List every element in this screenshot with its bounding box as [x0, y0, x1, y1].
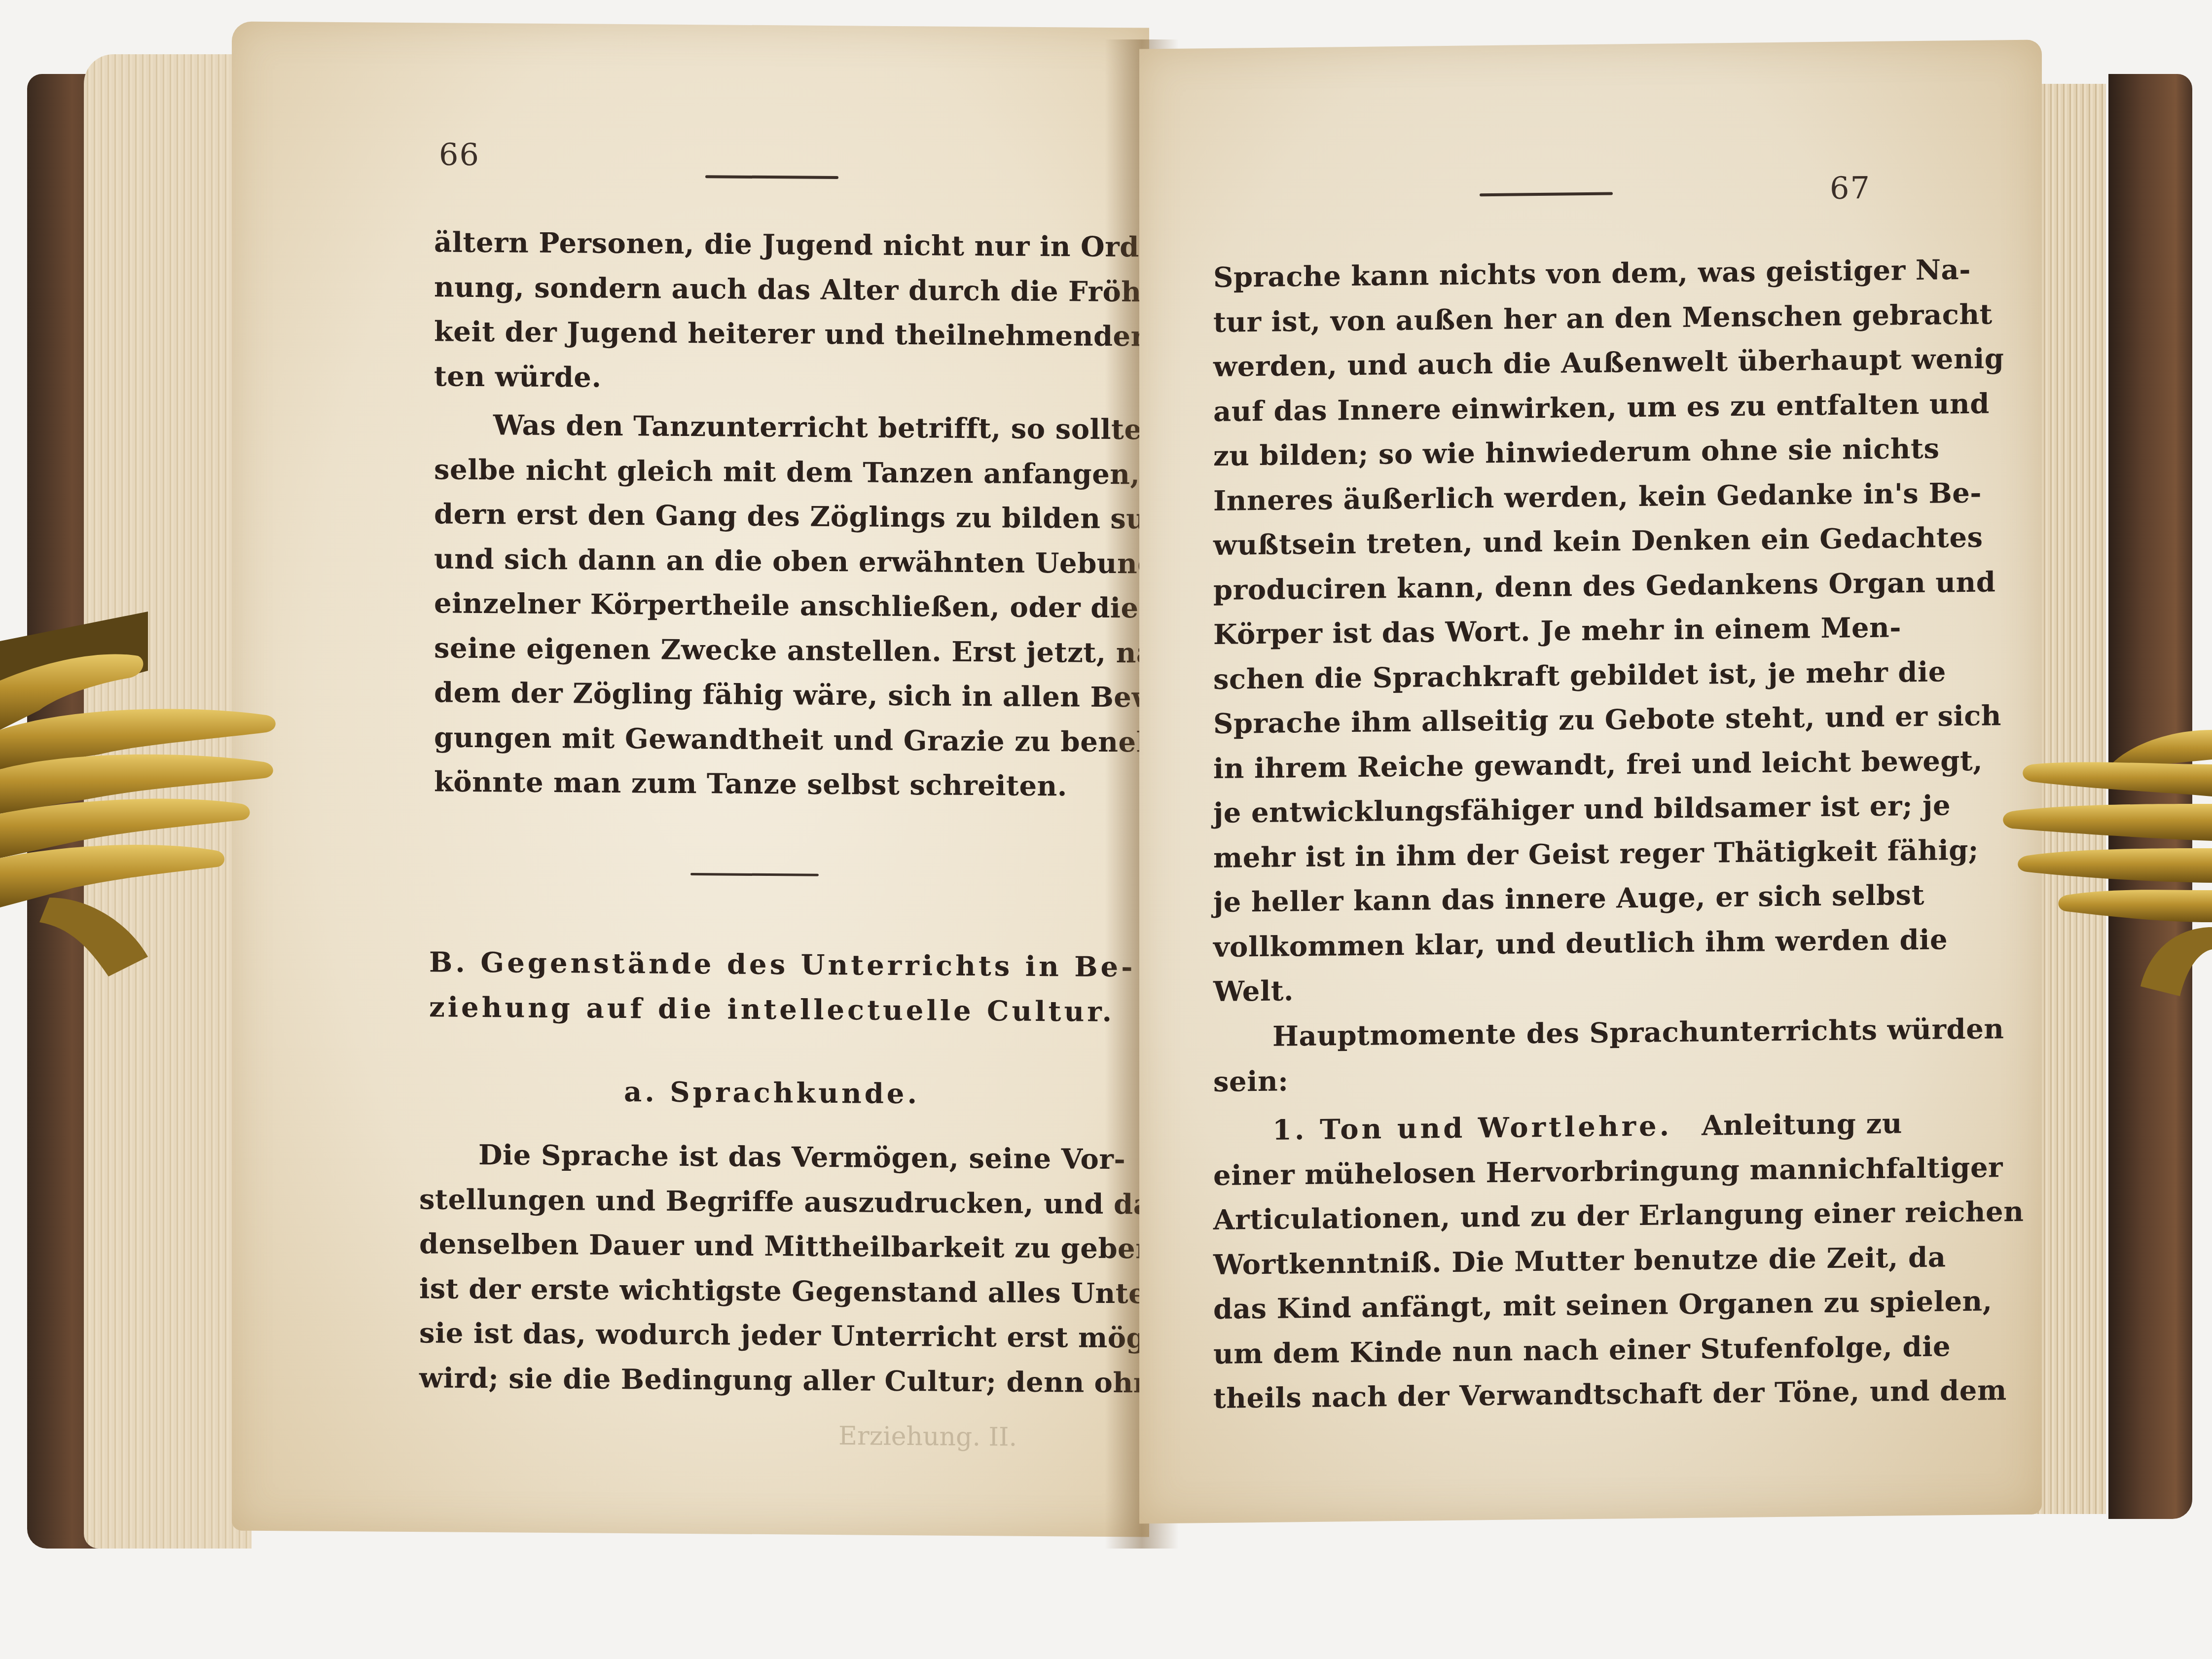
text-line: je entwicklungsfähiger und bildsamer ist…	[1213, 784, 1869, 835]
text-line: nung, sondern auch das Alter durch die F…	[434, 265, 1115, 314]
text-line: Welt.	[1213, 963, 1869, 1014]
brass-hand-clip-right-icon	[1993, 690, 2212, 1006]
text-line: je heller kann das innere Auge, er sich …	[1213, 873, 1869, 925]
text-line: Sprache kann nichts von dem, was geistig…	[1213, 249, 1869, 300]
text-line: Wortkenntniß. Die Mutter benutze die Zei…	[1213, 1236, 1869, 1287]
text-line: werden, und auch die Außenwelt überhaupt…	[1213, 338, 1869, 389]
page-number-right: 67	[1830, 170, 1871, 206]
header-rule-right	[1480, 192, 1613, 197]
text-line: einzelner Körpertheile anschließen, oder…	[434, 581, 1115, 630]
header-rule-left	[705, 175, 838, 179]
text-line: Articulationen, und zu der Erlangung ein…	[1213, 1191, 1869, 1242]
open-book: 66 ältern Personen, die Jugend nicht nur…	[0, 0, 2212, 1659]
text-line: einer mühelosen Hervorbringung mannichfa…	[1213, 1147, 1869, 1198]
heading-line: B. Gegenstände des Unterrichts in Be-	[429, 940, 1115, 989]
text-line: produciren kann, denn des Gedankens Orga…	[1213, 561, 1869, 613]
brass-hand-clip-left-icon	[0, 582, 286, 986]
text-line: keit der Jugend heiterer und theilnehmen…	[434, 309, 1115, 359]
text-line: denselben Dauer und Mittheilbarkeit zu g…	[419, 1222, 1110, 1271]
text-line: auf das Innere einwirken, um es zu entfa…	[1213, 383, 1869, 434]
text-line: seine eigenen Zwecke anstellen. Erst jet…	[434, 626, 1115, 675]
left-paragraph-1: ältern Personen, die Jugend nicht nur in…	[434, 220, 1115, 403]
text-line: ten würde.	[434, 354, 1115, 403]
text-line: in ihrem Reiche gewandt, frei und leicht…	[1213, 740, 1869, 791]
text-line: ältern Personen, die Jugend nicht nur in…	[434, 220, 1115, 269]
text-line: Was den Tanzunterricht betrifft, so soll…	[434, 402, 1115, 452]
text-line: schen die Sprachkraft gebildet ist, je m…	[1213, 650, 1869, 702]
text-line: mehr ist in ihm der Geist reger Thätigke…	[1213, 829, 1869, 880]
right-item-1: 1. Ton und Wortlehre. Anleitung zu einer…	[1213, 1102, 1869, 1421]
page-number-left: 66	[439, 136, 480, 173]
text-line: dem der Zögling fähig wäre, sich in alle…	[434, 670, 1115, 720]
right-paragraph-2: Hauptmomente des Sprachunterrichts würde…	[1213, 1008, 1869, 1104]
text-line: könnte man zum Tanze selbst schreiten.	[434, 759, 1115, 809]
section-heading-b: B. Gegenstände des Unterrichts in Be- zi…	[429, 940, 1115, 1034]
text-line: 1. Ton und Wortlehre. Anleitung zu	[1213, 1102, 1869, 1153]
text-line: ist der erste wichtigste Gegenstand alle…	[419, 1266, 1110, 1316]
text-line: um dem Kinde nun nach einer Stufenfolge,…	[1213, 1325, 1869, 1376]
text-line: tur ist, von außen her an den Menschen g…	[1213, 293, 1869, 345]
text-line: das Kind anfängt, mit seinen Organen zu …	[1213, 1280, 1869, 1332]
signature-mark: Erziehung. II.	[838, 1421, 1017, 1452]
text-line: und sich dann an die oben erwähnten Uebu…	[434, 537, 1115, 586]
text-line: Inneres äußerlich werden, kein Gedanke i…	[1213, 472, 1869, 523]
text-line: selbe nicht gleich mit dem Tanzen anfang…	[434, 447, 1115, 497]
text-line: Körper ist das Wort. Je mehr in einem Me…	[1213, 606, 1869, 657]
left-paragraph-3: Die Sprache ist das Vermögen, seine Vor-…	[419, 1132, 1110, 1405]
right-page: 67 Sprache kann nichts von dem, was geis…	[1139, 39, 2042, 1523]
text-line: wußtsein treten, und kein Denken ein Ged…	[1213, 516, 1869, 568]
text-line: zu bilden; so wie hinwiederum ohne sie n…	[1213, 427, 1869, 478]
text-line: Hauptmomente des Sprachunterrichts würde…	[1213, 1008, 1869, 1059]
left-paragraph-2: Was den Tanzunterricht betrifft, so soll…	[434, 402, 1115, 809]
text-line: stellungen und Begriffe auszudrucken, un…	[419, 1177, 1110, 1226]
text-line: Die Sprache ist das Vermögen, seine Vor-	[419, 1132, 1110, 1182]
text-line: Sprache ihm allseitig zu Gebote steht, u…	[1213, 695, 1869, 746]
heading-line: ziehung auf die intellectuelle Cultur.	[429, 985, 1115, 1034]
text-line: theils nach der Verwandtschaft der Töne,…	[1213, 1370, 1869, 1421]
item-text: Anleitung zu	[1702, 1107, 1902, 1142]
right-paragraph-1: Sprache kann nichts von dem, was geistig…	[1213, 249, 1869, 1014]
text-line: gungen mit Gewandtheit und Grazie zu ben…	[434, 715, 1115, 764]
left-page: 66 ältern Personen, die Jugend nicht nur…	[232, 22, 1149, 1537]
text-line: vollkommen klar, und deutlich ihm werden…	[1213, 918, 1869, 970]
text-line: wird; sie die Bedingung aller Cultur; de…	[419, 1356, 1110, 1405]
item-heading: 1. Ton und Wortlehre.	[1272, 1110, 1672, 1146]
text-line: dern erst den Gang des Zöglings zu bilde…	[434, 492, 1115, 541]
text-line: sein:	[1213, 1053, 1869, 1104]
section-rule	[690, 873, 819, 876]
subsection-heading-a: a. Sprachkunde.	[429, 1068, 1115, 1118]
text-line: sie ist das, wodurch jeder Unterricht er…	[419, 1311, 1110, 1360]
